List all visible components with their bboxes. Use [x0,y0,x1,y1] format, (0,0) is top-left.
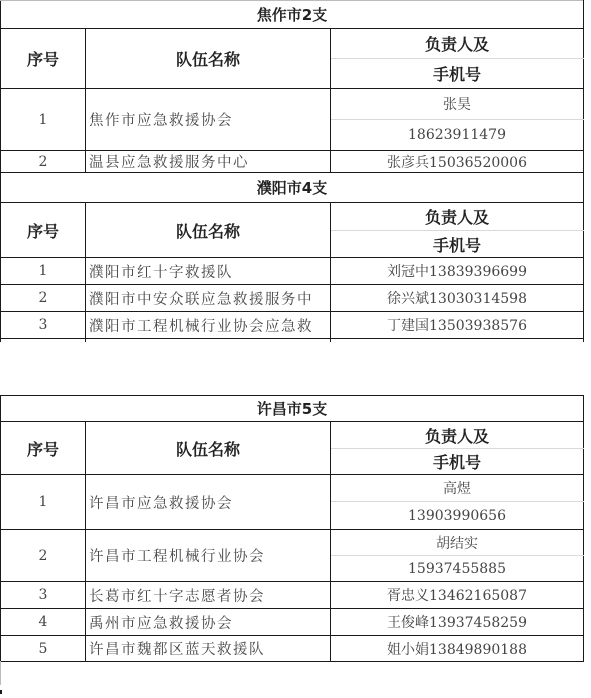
table-row: 2 濮阳市中安众联应急救援服务中 徐兴斌13030314598 [1,285,584,312]
header-row: 序号 队伍名称 负责人及 [1,422,584,449]
row-index: 5 [1,636,86,662]
row-team-name: 许昌市工程机械行业协会 [86,530,331,582]
row-team-name: 许昌市魏都区蓝天救援队 [86,636,331,662]
table-row: 1 濮阳市红十字救援队 刘冠中13839396699 [1,258,584,285]
row-index: 4 [1,609,86,636]
row-contact-person: 胡结实 [331,530,584,556]
header-contact-line2: 手机号 [331,449,584,475]
row-contact: 王俊峰13937458259 [331,609,584,636]
header-contact-line2: 手机号 [331,231,584,258]
section-title-row-xuchang: 许昌市5支 [1,396,584,422]
table-row: 4 清丰县“红十字”应急救援队 朱志芳13513935088 [1,339,584,343]
header-row: 序号 队伍名称 负责人及 [1,203,584,231]
header-team-name: 队伍名称 [86,29,331,89]
row-contact-phone: 18623911479 [331,120,584,151]
section-title-puyang: 濮阳市4支 [1,173,584,203]
corner-mark [0,690,2,694]
rescue-teams-table-xuchang: 许昌市5支 序号 队伍名称 负责人及 手机号 1 许昌市应急救援协会 高煜 13… [0,395,584,662]
row-index: 1 [1,89,86,151]
row-contact: 刘冠中13839396699 [331,258,584,285]
row-team-name: 清丰县“红十字”应急救援队 [86,339,331,343]
row-contact: 徐兴斌13030314598 [331,285,584,312]
header-contact-line1: 负责人及 [331,422,584,449]
row-index: 4 [1,339,86,343]
row-index: 2 [1,530,86,582]
row-index: 1 [1,258,86,285]
rescue-teams-table-top: 焦作市2支 序号 队伍名称 负责人及 手机号 1 焦作市应急救援协会 张昊 18… [0,0,584,342]
table-row: 3 长葛市红十字志愿者协会 胥忠义13462165087 [1,582,584,609]
left-edge-line [0,661,1,685]
row-index: 3 [1,582,86,609]
row-index: 1 [1,475,86,530]
table-row: 4 禹州市应急救援协会 王俊峰13937458259 [1,609,584,636]
header-index: 序号 [1,422,86,475]
top-table-viewport: 焦作市2支 序号 队伍名称 负责人及 手机号 1 焦作市应急救援协会 张昊 18… [0,0,591,342]
row-contact: 朱志芳13513935088 [331,339,584,343]
table-row: 2 许昌市工程机械行业协会 胡结实 [1,530,584,556]
table-row: 5 许昌市魏都区蓝天救援队 姐小娟13849890188 [1,636,584,662]
section-title-row-puyang: 濮阳市4支 [1,173,584,203]
table-row: 2 温县应急救援服务中心 张彦兵15036520006 [1,151,584,173]
header-team-name: 队伍名称 [86,422,331,475]
row-team-name: 濮阳市工程机械行业协会应急救 [86,312,331,339]
row-index: 2 [1,151,86,173]
header-index: 序号 [1,29,86,89]
row-team-name: 温县应急救援服务中心 [86,151,331,173]
row-contact: 姐小娟13849890188 [331,636,584,662]
row-contact-person: 高煜 [331,475,584,502]
row-team-name: 禹州市应急救援协会 [86,609,331,636]
row-contact-phone: 13903990656 [331,502,584,530]
section-title-jiaozuo: 焦作市2支 [1,1,584,29]
header-row: 序号 队伍名称 负责人及 [1,29,584,59]
header-contact-line1: 负责人及 [331,203,584,231]
row-contact: 丁建国13503938576 [331,312,584,339]
row-team-name: 焦作市应急救援协会 [86,89,331,151]
header-index: 序号 [1,203,86,258]
row-contact-person: 张昊 [331,89,584,120]
header-contact-line2: 手机号 [331,59,584,89]
header-team-name: 队伍名称 [86,203,331,258]
row-team-name: 濮阳市中安众联应急救援服务中 [86,285,331,312]
table-row: 3 濮阳市工程机械行业协会应急救 丁建国13503938576 [1,312,584,339]
row-contact-phone: 15937455885 [331,556,584,582]
row-team-name: 濮阳市红十字救援队 [86,258,331,285]
table-row: 1 许昌市应急救援协会 高煜 [1,475,584,502]
row-index: 3 [1,312,86,339]
header-contact-line1: 负责人及 [331,29,584,59]
table-row: 1 焦作市应急救援协会 张昊 [1,89,584,120]
row-index: 2 [1,285,86,312]
row-team-name: 许昌市应急救援协会 [86,475,331,530]
section-title-xuchang: 许昌市5支 [1,396,584,422]
row-team-name: 长葛市红十字志愿者协会 [86,582,331,609]
row-contact: 胥忠义13462165087 [331,582,584,609]
row-contact: 张彦兵15036520006 [331,151,584,173]
section-title-row-jiaozuo: 焦作市2支 [1,1,584,29]
